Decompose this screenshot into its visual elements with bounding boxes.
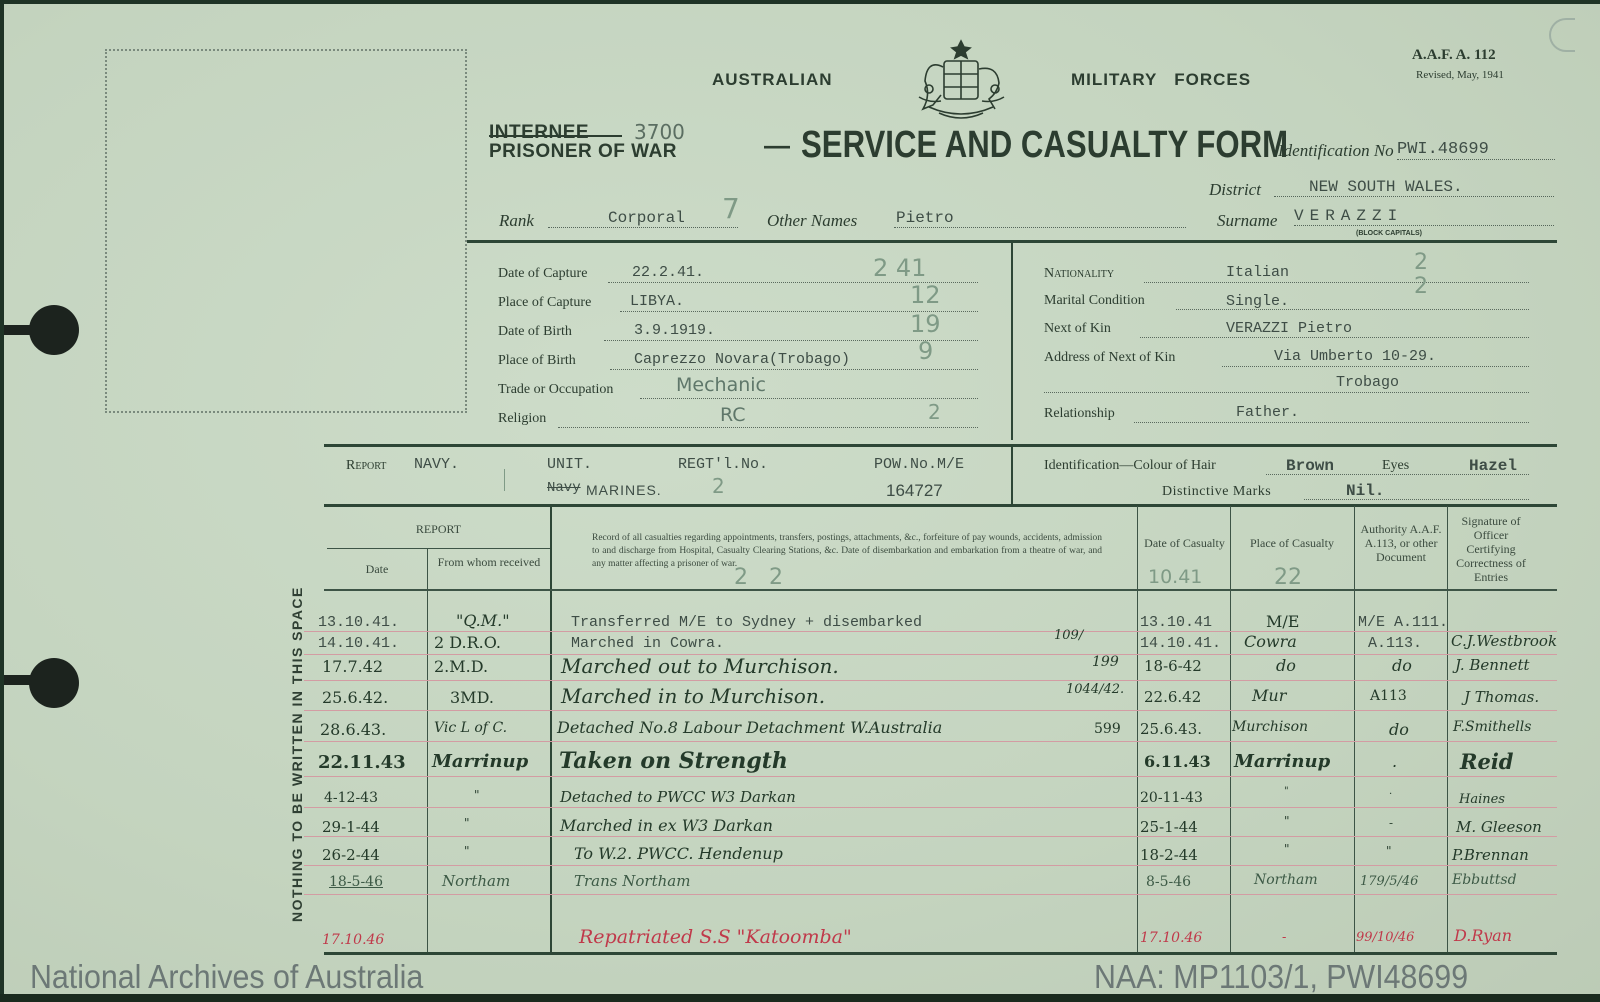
row-record: Marched in ex W3 Darkan: [560, 816, 773, 835]
identification-label: Identification No: [1278, 141, 1394, 161]
form-revision: Revised, May, 1941: [1416, 69, 1504, 81]
address-value: Via Umberto 10-29.: [1274, 348, 1436, 365]
row-signature: J Thomas.: [1464, 688, 1539, 706]
district-label: District: [1209, 180, 1261, 200]
unit-annotation: 2: [712, 474, 725, 498]
coat-of-arms-icon: [899, 37, 1024, 127]
form-title: SERVICE AND CASUALTY FORM: [801, 124, 1288, 167]
header-military-forces: MILITARY FORCES: [1071, 70, 1251, 90]
date-of-birth-value: 3.9.1919.: [634, 322, 715, 339]
th-record-description: Record of all casualties regarding appoi…: [592, 532, 1102, 571]
rank-annotation: 7: [722, 192, 740, 225]
date-of-birth-label: Date of Birth: [498, 324, 572, 340]
row-ref: 1044/42.: [1066, 682, 1124, 697]
row-cas-date: 18-6-42: [1144, 657, 1202, 675]
district-value: NEW SOUTH WALES.: [1274, 178, 1554, 197]
row-from: "Q.M.": [456, 611, 510, 630]
row-date: 22.11.43: [318, 752, 406, 773]
report-label: Report: [346, 458, 386, 474]
row-authority: do: [1392, 656, 1412, 675]
row-authority: do: [1389, 720, 1409, 739]
rule: [324, 589, 1557, 591]
rank-value: Corporal: [548, 209, 738, 228]
strike-through: [489, 135, 622, 137]
row-record: Trans Northam: [574, 872, 690, 890]
dotted-line: [1222, 366, 1529, 367]
row-cas-date: 14.10.41.: [1140, 635, 1221, 652]
place-casualty-annotation: 22: [1274, 565, 1302, 590]
row-date: 17.10.46: [322, 932, 384, 948]
dotted-line: [640, 398, 978, 399]
row-signature: Reid: [1460, 749, 1513, 774]
column-rule: [1230, 506, 1231, 952]
row-signature: D.Ryan: [1454, 926, 1512, 945]
ruled-line: [304, 894, 1557, 895]
row-from: ": [464, 816, 470, 830]
record-header-annotation: 2 2: [734, 565, 783, 590]
pencil-mark: [504, 469, 505, 491]
row-place: ": [1284, 786, 1289, 797]
row-from: 2.M.D.: [434, 657, 488, 676]
row-from: ": [474, 788, 480, 802]
date-of-birth-annotation: 19: [910, 310, 941, 338]
surname-label: Surname: [1217, 211, 1277, 231]
eyes-value: Hazel: [1469, 457, 1517, 475]
dotted-line: [1134, 422, 1529, 423]
th-date-of-casualty: Date of Casualty: [1142, 536, 1227, 550]
unit-value: MARINES.: [586, 482, 662, 498]
side-note: NOTHING TO BE WRITTEN IN THIS SPACE: [289, 586, 305, 922]
address-line2-value: Trobago: [1336, 374, 1399, 391]
photo-placeholder-box: [105, 49, 467, 413]
religion-annotation: 2: [928, 400, 941, 424]
marital-annotation: 2: [1414, 274, 1428, 299]
ruled-line: [304, 807, 1557, 808]
pow-no-value: 164727: [886, 481, 943, 501]
row-cas-date: 17.10.46: [1140, 930, 1202, 946]
row-signature: M. Gleeson: [1456, 818, 1542, 836]
title-dash: —: [764, 130, 790, 161]
ruled-line: [304, 680, 1557, 681]
trade-label: Trade or Occupation: [498, 382, 613, 398]
archive-watermark: National Archives of Australia: [30, 958, 423, 996]
other-names-value: Pietro: [894, 209, 1186, 228]
corner-pencil-mark: [1549, 18, 1575, 52]
block-capitals-note: (BLOCK CAPITALS): [1356, 230, 1422, 237]
column-rule: [1354, 506, 1355, 952]
row-date: 29-1-44: [322, 818, 380, 836]
rule: [324, 952, 1557, 955]
rule: [324, 444, 1557, 447]
column-rule: [1447, 506, 1448, 952]
religion-label: Religion: [498, 411, 546, 427]
nationality-value: Italian: [1226, 264, 1289, 281]
ruled-line: [304, 776, 1557, 777]
row-date: 17.7.42: [322, 657, 383, 676]
rule: [1011, 242, 1013, 440]
row-place: M/E: [1266, 612, 1299, 631]
other-names-label: Other Names: [767, 211, 857, 231]
row-place: ": [1284, 814, 1290, 828]
unit-struck: Navy: [547, 480, 581, 496]
regtl-label: REGT'l.No.: [678, 456, 768, 473]
dotted-line: [1266, 474, 1529, 475]
row-date: 28.6.43.: [320, 720, 386, 739]
rule: [324, 504, 1557, 507]
row-cas-date: 8-5-46: [1146, 874, 1191, 890]
rank-label: Rank: [499, 211, 534, 231]
scan-edge: [0, 994, 1600, 1002]
row-date: 25.6.42.: [322, 688, 388, 707]
nationality-annotation: 2: [1414, 250, 1428, 275]
place-of-capture-label: Place of Capture: [498, 295, 591, 311]
hair-value: Brown: [1286, 457, 1334, 475]
date-of-capture-annotation: 2 41: [873, 254, 926, 282]
th-place-of-casualty: Place of Casualty: [1236, 536, 1348, 550]
dotted-line: [1176, 309, 1529, 310]
row-place: ": [1284, 842, 1290, 856]
rule: [1011, 444, 1013, 504]
hair-label: Identification—Colour of Hair: [1044, 458, 1216, 474]
place-of-birth-label: Place of Birth: [498, 353, 576, 369]
row-authority: A113: [1370, 688, 1407, 704]
th-signature: Signature of Officer Certifying Correctn…: [1451, 514, 1531, 584]
dotted-line: [1304, 499, 1529, 500]
row-record: Marched out to Murchison.: [561, 654, 839, 678]
row-authority: A.113.: [1368, 635, 1422, 652]
rule: [327, 548, 550, 549]
row-cas-date: 22.6.42: [1144, 688, 1201, 706]
row-place: Cowra: [1244, 632, 1297, 651]
row-date: 18-5-46: [329, 874, 383, 890]
row-place: do: [1276, 656, 1296, 675]
marks-value: Nil.: [1346, 482, 1384, 500]
row-record: Marched in Cowra.: [571, 635, 724, 652]
row-record: To W.2. PWCC. Hendenup: [574, 844, 783, 863]
dotted-line: [558, 427, 978, 428]
row-place: Northam: [1254, 872, 1318, 888]
row-authority: .: [1392, 752, 1397, 771]
row-cas-date: 13.10.41: [1140, 614, 1212, 631]
trade-value: Mechanic: [676, 374, 766, 396]
row-date: 14.10.41.: [318, 635, 399, 652]
row-ref: 199: [1092, 654, 1119, 670]
next-of-kin-label: Next of Kin: [1044, 321, 1111, 337]
date-of-capture-label: Date of Capture: [498, 266, 587, 282]
pow-no-label: POW.No.M/E: [874, 456, 964, 473]
row-date: 4-12-43: [324, 790, 378, 806]
row-record: Detached No.8 Labour Detachment W.Austra…: [557, 718, 942, 737]
row-record: Marched in to Murchison.: [561, 684, 825, 708]
row-authority: 99/10/46: [1356, 930, 1414, 945]
column-rule: [550, 506, 552, 952]
row-place: Mur: [1252, 686, 1286, 705]
dotted-line: [1140, 337, 1529, 338]
place-of-birth-value: Caprezzo Novara(Trobago): [634, 351, 850, 368]
row-signature: J. Bennett: [1455, 656, 1530, 674]
date-of-capture-value: 22.2.41.: [632, 264, 704, 281]
ruled-line: [304, 836, 1557, 837]
row-signature: Ebbuttsd: [1452, 872, 1517, 888]
row-from: Northam: [442, 872, 510, 890]
row-signature: P.Brennan: [1452, 846, 1529, 864]
row-record: Transferred M/E to Sydney + disembarked: [571, 614, 922, 631]
row-from: Marrinup: [432, 751, 528, 772]
row-authority: -: [1389, 816, 1393, 830]
archive-reference-watermark: NAA: MP1103/1, PWI48699: [1094, 958, 1468, 996]
row-signature: C.J.Westbrook: [1451, 632, 1557, 650]
th-date: Date: [327, 562, 427, 576]
address-label: Address of Next of Kin: [1044, 350, 1175, 366]
row-record: Detached to PWCC W3 Darkan: [560, 788, 796, 806]
row-signature: F.Smithells: [1453, 719, 1531, 735]
marital-label: Marital Condition: [1044, 293, 1145, 309]
report-value: NAVY.: [414, 456, 459, 473]
marital-value: Single.: [1226, 293, 1289, 310]
row-cas-date: 25-1-44: [1140, 818, 1198, 836]
row-record: Taken on Strength: [559, 748, 788, 774]
nationality-label: Nationality: [1044, 266, 1114, 282]
relationship-value: Father.: [1236, 404, 1299, 421]
date-casualty-annotation: 10.41: [1148, 566, 1202, 588]
row-from: Vic L of C.: [434, 720, 507, 736]
row-from: 2 D.R.O.: [434, 633, 501, 652]
row-date: 26-2-44: [322, 846, 380, 864]
ruled-line: [304, 710, 1557, 711]
th-report: REPORT: [327, 522, 550, 536]
dotted-line: [1044, 392, 1529, 393]
surname-value: VERAZZI: [1294, 207, 1554, 226]
th-from-whom: From whom received: [434, 555, 544, 569]
identification-value: PWI.48699: [1397, 140, 1555, 160]
row-from: 3MD.: [450, 688, 494, 707]
column-rule: [427, 549, 428, 952]
row-ref: 109/: [1054, 628, 1083, 643]
row-place: -: [1282, 930, 1286, 945]
ruled-line: [304, 631, 1557, 632]
row-authority: M/E A.111.: [1358, 614, 1448, 631]
row-place: Marrinup: [1234, 751, 1330, 772]
service-casualty-card: AUSTRALIAN MILITARY FORCES A.A.F. A. 112…: [0, 0, 1600, 1002]
place-of-birth-annotation: 9: [918, 337, 933, 365]
row-from: ": [464, 844, 470, 858]
ruled-line: [304, 654, 1557, 655]
row-authority: .: [1389, 786, 1392, 797]
column-rule: [1137, 506, 1138, 952]
eyes-label: Eyes: [1382, 458, 1409, 474]
row-cas-date: 25.6.43.: [1140, 720, 1202, 738]
dotted-line: [610, 369, 978, 370]
ruled-line: [304, 865, 1557, 866]
row-record: Repatriated S.S "Katoomba": [579, 926, 852, 948]
header-australian: AUSTRALIAN: [712, 70, 833, 90]
row-date: 13.10.41.: [318, 614, 399, 631]
ruled-line: [304, 741, 1557, 742]
religion-value: RC: [720, 404, 746, 426]
row-signature: Haines: [1459, 792, 1505, 807]
place-of-capture-value: LIBYA.: [630, 293, 684, 310]
row-authority: ": [1386, 844, 1392, 858]
punch-hole-icon: [29, 305, 79, 355]
relationship-label: Relationship: [1044, 406, 1115, 422]
row-place: Murchison: [1232, 719, 1308, 735]
place-of-capture-annotation: 12: [910, 281, 941, 309]
row-authority: 179/5/46: [1360, 874, 1418, 889]
marks-label: Distinctive Marks: [1162, 484, 1271, 500]
form-code: A.A.F. A. 112: [1412, 47, 1496, 64]
row-ref: 599: [1094, 721, 1121, 737]
row-cas-date: 20-11-43: [1140, 790, 1203, 806]
punch-hole-icon: [29, 658, 79, 708]
dotted-line: [1144, 282, 1529, 283]
row-cas-date: 18-2-44: [1140, 846, 1198, 864]
row-cas-date: 6.11.43: [1144, 752, 1211, 771]
th-authority: Authority A.A.F. A.113, or other Documen…: [1358, 522, 1444, 564]
prisoner-of-war-label: PRISONER OF WAR: [489, 141, 677, 163]
next-of-kin-value: VERAZZI Pietro: [1226, 320, 1352, 337]
unit-label: UNIT.: [547, 456, 592, 473]
